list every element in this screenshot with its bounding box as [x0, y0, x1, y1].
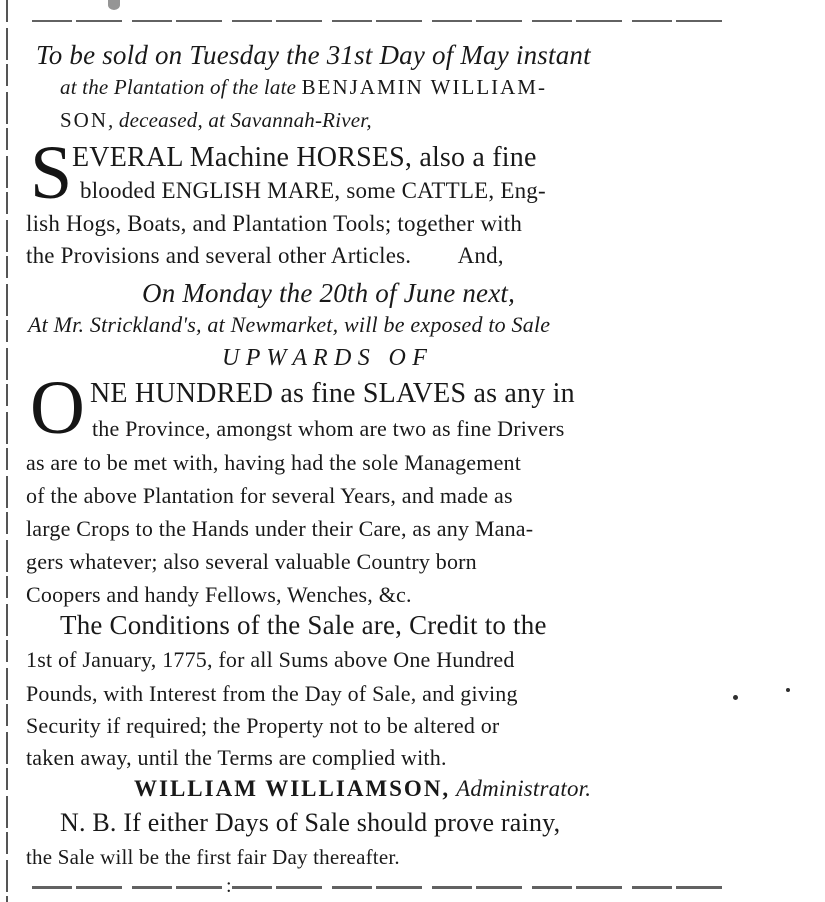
conditions-line-5: taken away, until the Terms are complied…	[26, 745, 447, 771]
conditions-line-3: Pounds, with Interest from the Day of Sa…	[26, 681, 518, 707]
paragraph-2-line-4: of the above Plantation for several Year…	[26, 483, 513, 509]
signature: WILLIAM WILLIAMSON, Administrator.	[134, 776, 591, 802]
paragraph-2-line-7: Coopers and handy Fellows, Wenches, &c.	[26, 582, 412, 608]
drop-cap-s: S	[30, 135, 72, 211]
deceased-name-part-2: SON	[60, 108, 108, 132]
administrator-name: WILLIAM WILLIAMSON,	[134, 776, 450, 801]
separator-colon: :	[226, 876, 232, 896]
paragraph-2-line-3: as are to be met with, having had the so…	[26, 450, 521, 476]
upwards-of-heading: U P W A R D S O F	[222, 345, 427, 372]
newspaper-clipping: To be sold on Tuesday the 31st Day of Ma…	[0, 0, 825, 902]
bottom-separator-rule	[32, 886, 732, 889]
conditions-line-2: 1st of January, 1775, for all Sums above…	[26, 647, 515, 673]
deceased-name-part-1: BENJAMIN WILLIAM-	[302, 75, 547, 99]
top-separator-rule	[32, 20, 732, 22]
conditions-line-4: Security if required; the Property not t…	[26, 713, 499, 739]
paragraph-1-line-1: EVERAL Machine HORSES, also a fine	[72, 142, 537, 174]
ink-speck	[786, 688, 790, 692]
nota-bene-line-1: N. B. If either Days of Sale should prov…	[60, 808, 560, 838]
sale-announcement-line-3: SON, deceased, at Savannah-River,	[60, 108, 372, 133]
sale-announcement-line-2: at the Plantation of the late BENJAMIN W…	[60, 75, 547, 100]
paragraph-1-line-3: lish Hogs, Boats, and Plantation Tools; …	[26, 211, 522, 237]
plantation-text: at the Plantation of the late	[60, 75, 302, 99]
second-sale-date: On Monday the 20th of June next,	[142, 278, 515, 309]
nota-bene-line-2: the Sale will be the first fair Day ther…	[26, 845, 400, 870]
sale-announcement-line-1: To be sold on Tuesday the 31st Day of Ma…	[36, 40, 591, 71]
administrator-title: Administrator.	[456, 776, 591, 801]
drop-cap-o: O	[30, 370, 85, 446]
paragraph-2-line-2: the Province, amongst whom are two as fi…	[92, 416, 565, 442]
paragraph-1-line-2: blooded ENGLISH MARE, some CATTLE, Eng-	[80, 178, 546, 204]
ink-speck	[733, 695, 738, 700]
ink-smudge	[108, 0, 120, 10]
location-text: , deceased, at Savannah-River,	[108, 108, 372, 132]
paragraph-2-line-6: gers whatever; also several valuable Cou…	[26, 549, 477, 575]
paragraph-1-line-4: the Provisions and several other Article…	[26, 243, 504, 269]
conditions-line-1: The Conditions of the Sale are, Credit t…	[60, 610, 547, 641]
column-border	[6, 0, 8, 902]
second-sale-location: At Mr. Strickland's, at Newmarket, will …	[28, 312, 550, 338]
paragraph-2-line-5: large Crops to the Hands under their Car…	[26, 516, 533, 542]
paragraph-2-line-1: NE HUNDRED as fine SLAVES as any in	[90, 378, 575, 410]
